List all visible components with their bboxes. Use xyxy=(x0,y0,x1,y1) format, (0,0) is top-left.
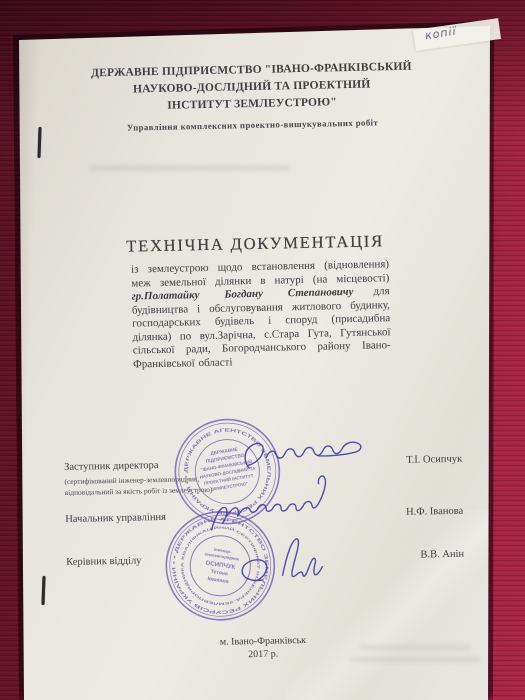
photo-of-document: копії ДЕРЖАВНЕ ПІДПРИЄМСТВО "ІВАНО-ФРАНК… xyxy=(0,0,525,700)
document-content: ДЕРЖАВНЕ ПІДПРИЄМСТВО "ІВАНО-ФРАНКІВСЬКИ… xyxy=(0,0,525,700)
stamp-center-line: Іванівна xyxy=(207,576,229,585)
stamp-center-line: ОСИПЧУК xyxy=(205,560,236,572)
stamps-and-signatures-layer: • ДЕРЖАВНЕ АГЕНТСТВО ЗЕМЕЛЬНИХ РЕСУРСІВ … xyxy=(0,0,525,700)
signature-osypchuk xyxy=(245,441,361,468)
